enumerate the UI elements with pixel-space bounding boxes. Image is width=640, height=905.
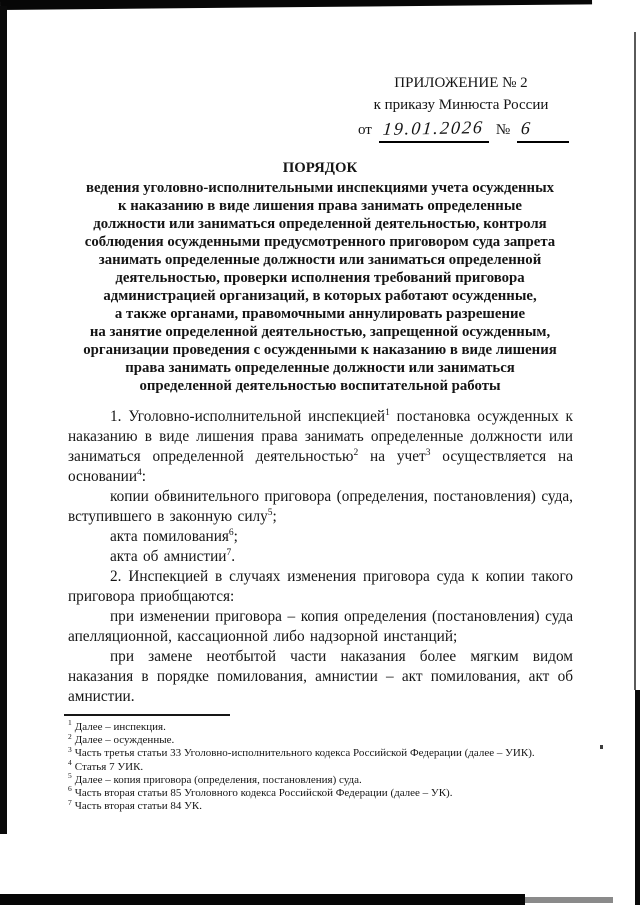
scan-edge-right-thin <box>634 32 636 690</box>
number-underline: 6 <box>517 117 569 143</box>
number-sign: № <box>496 119 510 141</box>
scan-speck <box>600 745 603 749</box>
title-line: на занятие определенной деятельностью, з… <box>38 323 602 341</box>
date-underline: 19.01.2026 <box>379 117 489 143</box>
footnote-number: 3 <box>68 745 72 754</box>
paragraph-2-item-1: при изменении приговора – копия определе… <box>68 607 573 647</box>
paragraph-2: 2. Инспекцией в случаях изменения пригов… <box>68 567 573 607</box>
appendix-label: ПРИЛОЖЕНИЕ № 2 <box>352 72 570 94</box>
document-page: ПРИЛОЖЕНИЕ № 2 к приказу Минюста России … <box>0 0 640 905</box>
handwritten-date: 19.01.2026 <box>382 116 485 140</box>
scan-edge-left <box>0 6 7 834</box>
footnote-separator <box>64 714 230 716</box>
footnote: 7Часть вторая статьи 84 УК. <box>68 800 580 813</box>
title-line: соблюдения осужденными предусмотренного … <box>38 233 602 251</box>
title-line: права занимать определенные должности ил… <box>38 359 602 377</box>
document-title: ПОРЯДОК ведения уголовно-исполнительными… <box>38 159 602 395</box>
list-item-amnesty-act: акта об амнистии7. <box>68 547 573 567</box>
title-line: должности или заниматься определенной де… <box>38 215 602 233</box>
scan-edge-top <box>0 0 592 10</box>
paragraph-1: 1. Уголовно-исполнительной инспекцией1 п… <box>68 407 573 487</box>
date-prefix: от <box>358 119 372 141</box>
list-item-copy-of-sentence: копии обвинительного приговора (определе… <box>68 487 573 527</box>
footnote-number: 4 <box>68 758 72 767</box>
list-item-pardon-act: акта помилования6; <box>68 527 573 547</box>
footnote-number: 5 <box>68 771 72 780</box>
footnote-number: 7 <box>68 798 72 807</box>
title-line: к наказанию в виде лишения права занимат… <box>38 197 602 215</box>
footnote: 5Далее – копия приговора (определения, п… <box>68 774 580 787</box>
order-date-line: от 19.01.2026 № 6 <box>352 117 570 143</box>
footnote: 4Статья 7 УИК. <box>68 761 580 774</box>
scan-edge-bottom-gray <box>525 897 613 903</box>
title-line: ведения уголовно-исполнительными инспекц… <box>38 179 602 197</box>
footnote: 2Далее – осужденные. <box>68 734 580 747</box>
footnote-number: 6 <box>68 784 72 793</box>
scan-edge-bottom <box>0 894 525 905</box>
footnote: 3Часть третья статьи 33 Уголовно-исполни… <box>68 747 580 760</box>
footnote-number: 1 <box>68 718 72 727</box>
title-heading: ПОРЯДОК <box>38 159 602 177</box>
title-line: занимать определенные должности или зани… <box>38 251 602 269</box>
footnote-number: 2 <box>68 732 72 741</box>
footnote: 1Далее – инспекция. <box>68 721 580 734</box>
paragraph-2-item-2: при замене неотбытой части наказания бол… <box>68 647 573 707</box>
handwritten-number: 6 <box>520 117 533 139</box>
approval-stamp: ПРИЛОЖЕНИЕ № 2 к приказу Минюста России … <box>352 72 570 143</box>
title-line: организации проведения с осужденными к н… <box>38 341 602 359</box>
title-line: определенной деятельностью воспитательно… <box>38 377 602 395</box>
footnote: 6Часть вторая статьи 85 Уголовного кодек… <box>68 787 580 800</box>
footnotes: 1Далее – инспекция. 2Далее – осужденные.… <box>68 721 580 813</box>
scan-edge-right-thick <box>635 690 640 905</box>
order-reference: к приказу Минюста России <box>352 94 570 116</box>
title-line: администрацией организаций, в которых ра… <box>38 287 602 305</box>
title-line: деятельностью, проверки исполнения требо… <box>38 269 602 287</box>
document-body: 1. Уголовно-исполнительной инспекцией1 п… <box>68 407 573 707</box>
title-line: а также органами, правомочными аннулиров… <box>38 305 602 323</box>
